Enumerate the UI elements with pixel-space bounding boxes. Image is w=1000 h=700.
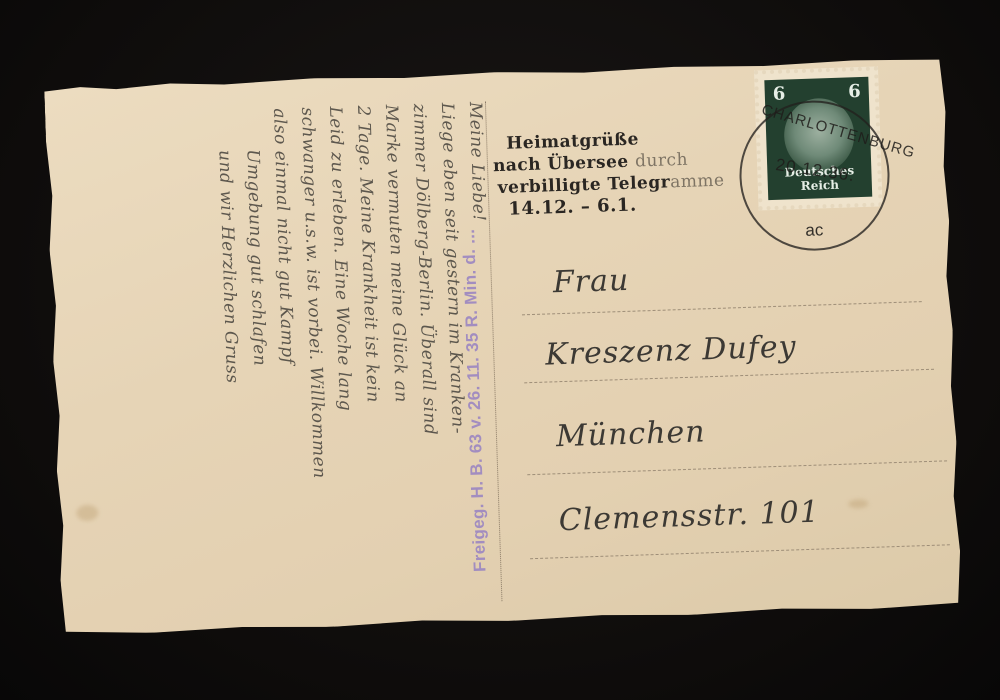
address-city: München <box>555 414 706 454</box>
slogan-text: durch <box>635 150 689 172</box>
slogan-text: amme <box>670 171 725 193</box>
address-street: Clemensstr. 101 <box>558 495 820 539</box>
postcard: Meine Liebe! Liege eben seit gestern im … <box>44 56 962 636</box>
message-line: Umgebung gut schlafen <box>242 149 269 367</box>
address-rule <box>527 460 947 475</box>
slogan-text: verbilligte Telegr <box>497 172 670 198</box>
message-line: 2 Tage. Meine Krankheit ist kein <box>353 105 383 403</box>
address-rule <box>522 301 922 315</box>
address-name: Kreszenz Dufey <box>545 329 797 372</box>
slogan-cancel: Heimatgrüße nach Übersee durch verbillig… <box>496 126 726 221</box>
message-line: Leid zu erleben. Eine Woche lang <box>325 106 355 411</box>
message-line: also einmal nicht gut Kampf <box>269 108 297 365</box>
stain <box>848 499 868 509</box>
message-line: Marke vermuten meine Glück an <box>381 104 411 403</box>
address-salutation: Frau <box>552 263 629 301</box>
message-line: und wir Herzlichen Gruss <box>214 150 242 384</box>
message-line: schwanger u.s.w. ist vorbei. Willkommen <box>297 107 329 479</box>
postmark-date: 20.12.36. <box>774 155 856 186</box>
message-line: zimmer Dölberg-Berlin. Überall sind <box>409 103 440 435</box>
address-rule <box>530 544 950 559</box>
postmark-code: ac <box>805 220 824 241</box>
handwritten-message: Meine Liebe! Liege eben seit gestern im … <box>64 81 501 615</box>
stamp-value: 6 <box>848 81 861 102</box>
stamp-value: 6 <box>772 84 785 105</box>
